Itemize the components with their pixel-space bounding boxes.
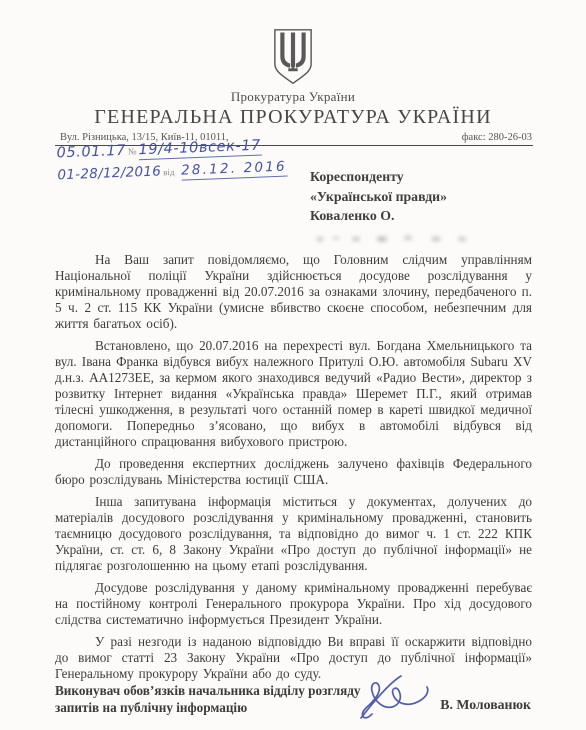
scanned-letter-page: Прокуратура України ГЕНЕРАЛЬНА ПРОКУРАТУ… (0, 0, 586, 730)
signature-block: Виконувач обов’язків начальника відділу … (55, 682, 545, 716)
paragraph-1: На Ваш запит повідомляємо, що Головним с… (55, 252, 532, 332)
recipient-role: Кореспонденту (310, 167, 447, 187)
letterhead: Прокуратура України ГЕНЕРАЛЬНА ПРОКУРАТУ… (0, 0, 586, 146)
incoming-date-handwritten: 28.12. 2016 (181, 159, 287, 181)
signatory-title-line1: Виконувач обов’язків начальника відділу … (55, 682, 385, 699)
outgoing-number-handwritten: 19/4-10всек-17 (138, 138, 261, 161)
outgoing-date-handwritten: 05.01.17 (56, 143, 126, 162)
recipient-block: Кореспонденту «Української правди» Ковал… (310, 167, 447, 226)
paragraph-4: Інша запитувана інформація міститься у д… (55, 494, 532, 574)
org-name-title: ГЕНЕРАЛЬНА ПРОКУРАТУРА УКРАЇНИ (0, 106, 586, 129)
recipient-name: Коваленко О. (310, 206, 447, 226)
redacted-email-line (312, 233, 480, 244)
registration-stamp: 05.01.17№19/4-10всек-17 01-28/12/2016від… (56, 135, 287, 188)
ukraine-trident-emblem-icon (270, 28, 316, 86)
vid-label: від (163, 167, 175, 177)
paragraph-5: Досудове розслідування у даному кримінал… (55, 580, 532, 628)
paragraph-6: У разі незгоди із наданою відповіддю Ви … (55, 634, 532, 682)
signatory-title-line2: запитів на публічну інформацію (55, 699, 385, 716)
incoming-number-handwritten: 01-28/12/2016 (57, 163, 161, 183)
signatory-title: Виконувач обов’язків начальника відділу … (55, 682, 385, 716)
signatory-name: В. Молованюк (440, 697, 531, 713)
handwritten-signature-icon (355, 674, 447, 722)
paragraph-3: До проведення експертних досліджень залу… (55, 456, 532, 488)
fax-line: факс: 280-26-03 (462, 132, 532, 143)
recipient-organization: «Української правди» (310, 187, 447, 207)
letter-body: На Ваш запит повідомляємо, що Головним с… (55, 252, 532, 688)
org-name-small: Прокуратура України (0, 89, 586, 105)
number-sign-label: № (128, 146, 137, 156)
paragraph-2: Встановлено, що 20.07.2016 на перехресті… (55, 338, 532, 450)
